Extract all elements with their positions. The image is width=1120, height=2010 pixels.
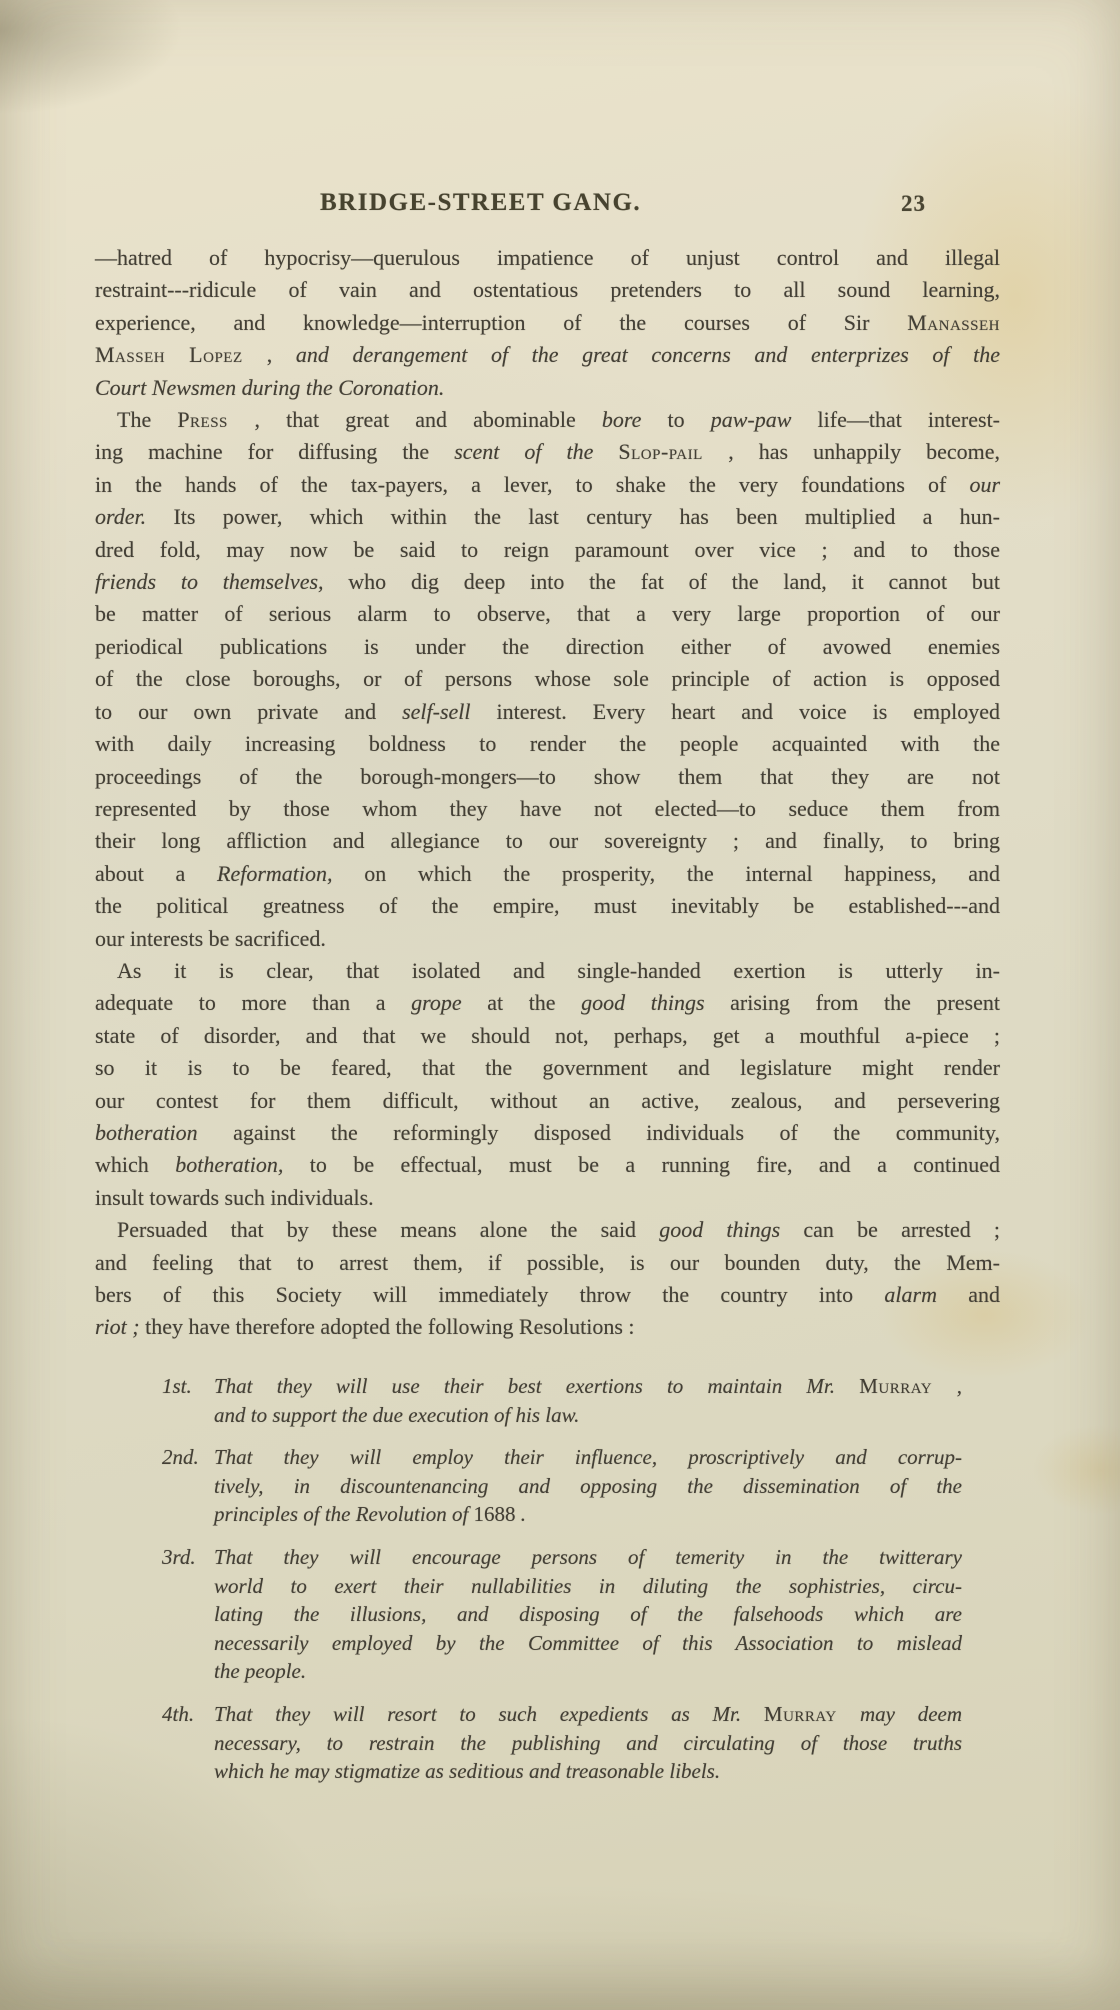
paragraph: The Press , that great and abominable bo… — [95, 404, 1000, 955]
text-line: their long affliction and allegiance to … — [95, 825, 1000, 857]
text-run: of the close boroughs, or of persons who… — [95, 666, 1000, 691]
text-run: , has unhappily become, — [728, 439, 1000, 464]
text-run: interest. Every heart and voice is emplo… — [497, 699, 1000, 724]
paragraph: Persuaded that by these means alone the … — [95, 1214, 1000, 1344]
text-run: That they will use their best exertions … — [214, 1374, 859, 1398]
text-run: Murray — [859, 1374, 957, 1398]
text-line: insult towards such individuals. — [95, 1182, 1000, 1214]
text-run: self-sell — [402, 699, 496, 724]
text-run: which — [95, 1152, 175, 1177]
text-run: Murray — [764, 1702, 860, 1726]
resolutions-list: 1st.That they will use their best exerti… — [162, 1372, 962, 1800]
text-run: principles of the Revolution of — [214, 1502, 474, 1526]
text-line: bers of this Society will immediately th… — [95, 1279, 1000, 1311]
text-run: bore — [602, 407, 668, 432]
resolution-number: 2nd. — [162, 1443, 214, 1472]
text-run: life—that interest- — [818, 407, 1001, 432]
text-run: the people. — [214, 1659, 306, 1683]
resolution-line: principles of the Revolution of 1688 . — [214, 1500, 962, 1529]
text-run: on which the prosperity, the internal ha… — [364, 861, 1000, 886]
body-paragraphs: —hatred of hypocrisy—querulous impatienc… — [95, 242, 1000, 1344]
text-line: Court Newsmen during the Coronation. — [95, 372, 1000, 404]
text-run: which he may stigmatize as seditious and… — [214, 1759, 720, 1783]
resolution-item: 4th.That they will resort to such expedi… — [162, 1700, 962, 1786]
text-line: the political greatness of the empire, m… — [95, 890, 1000, 922]
text-line: of the close boroughs, or of persons who… — [95, 663, 1000, 695]
text-line: and feeling that to arrest them, if poss… — [95, 1247, 1000, 1279]
text-run: bers of this Society will immediately th… — [95, 1282, 884, 1307]
text-line: order. Its power, which within the last … — [95, 501, 1000, 533]
text-run: periodical publications is under the dir… — [95, 634, 1000, 659]
text-line: —hatred of hypocrisy—querulous impatienc… — [95, 242, 1000, 274]
text-line: to our own private and self-sell interes… — [95, 696, 1000, 728]
text-run: , that great and abominable — [255, 407, 602, 432]
text-run: and — [968, 1282, 1000, 1307]
text-run: and derangement of the great concerns an… — [296, 342, 1000, 367]
text-run: the political greatness of the empire, m… — [95, 893, 1000, 918]
text-line: which botheration, to be effectual, must… — [95, 1149, 1000, 1181]
text-run: can be arrested ; — [803, 1217, 1000, 1242]
text-run: order. — [95, 504, 173, 529]
text-run: paw-paw — [711, 407, 818, 432]
text-line: As it is clear, that isolated and single… — [95, 955, 1000, 987]
text-run: scent of the — [454, 439, 618, 464]
text-run: and feeling that to arrest them, if poss… — [95, 1250, 1000, 1275]
text-run: represented by those whom they have not … — [95, 796, 1000, 821]
text-run: insult towards such individuals. — [95, 1185, 374, 1210]
resolution-line: 4th.That they will resort to such expedi… — [162, 1700, 962, 1729]
resolution-line: necessary, to restrain the publishing an… — [214, 1729, 962, 1758]
resolution-line: tively, in discountenancing and opposing… — [214, 1472, 962, 1501]
text-run: adequate to more than a — [95, 990, 411, 1015]
text-run: 1688 — [474, 1502, 521, 1526]
text-run: so it is to be feared, that the governme… — [95, 1055, 1000, 1080]
text-run: experience, and knowledge—interruption o… — [95, 310, 907, 335]
text-run: , — [957, 1374, 962, 1398]
text-run: dred fold, may now be said to reign para… — [95, 537, 1000, 562]
text-line: proceedings of the borough-mongers—to sh… — [95, 761, 1000, 793]
text-run: necessarily employed by the Committee of… — [214, 1631, 962, 1655]
text-line: state of disorder, and that we should no… — [95, 1020, 1000, 1052]
resolution-line: the people. — [214, 1657, 962, 1686]
text-run: our — [969, 472, 1000, 497]
text-run: Press — [177, 407, 254, 432]
text-line: about a Reformation, on which the prospe… — [95, 858, 1000, 890]
resolution-line: 2nd.That they will employ their influenc… — [162, 1443, 962, 1472]
text-run: That they will encourage persons of teme… — [214, 1545, 962, 1569]
text-run: who dig deep into the fat of the land, i… — [348, 569, 1000, 594]
text-line: be matter of serious alarm to observe, t… — [95, 598, 1000, 630]
text-run: Court Newsmen during the Coronation. — [95, 375, 444, 400]
resolution-item: 2nd.That they will employ their influenc… — [162, 1443, 962, 1529]
page-title: BRIDGE-STREET GANG. — [320, 189, 641, 217]
resolution-number: 4th. — [162, 1700, 214, 1729]
text-run: good things — [581, 990, 730, 1015]
text-line: The Press , that great and abominable bo… — [95, 404, 1000, 436]
text-run: our interests be sacrificed. — [95, 926, 326, 951]
text-run: they have therefore adopted the followin… — [145, 1314, 634, 1339]
resolution-number: 1st. — [162, 1372, 214, 1401]
text-line: botheration against the reformingly disp… — [95, 1117, 1000, 1149]
text-run: to — [668, 407, 711, 432]
text-run: friends to themselves, — [95, 569, 348, 594]
text-run: Slop-pail — [618, 439, 728, 464]
text-run: Persuaded that by these means alone the … — [117, 1217, 659, 1242]
text-run: Its power, which within the last century… — [173, 504, 1000, 529]
text-line: with daily increasing boldness to render… — [95, 728, 1000, 760]
resolution-line: which he may stigmatize as seditious and… — [214, 1757, 962, 1786]
text-run: state of disorder, and that we should no… — [95, 1023, 1000, 1048]
text-run: That they will employ their influence, p… — [214, 1445, 962, 1469]
text-run: be matter of serious alarm to observe, t… — [95, 601, 1000, 626]
text-run: . — [521, 1502, 526, 1526]
text-run: good things — [659, 1217, 803, 1242]
text-run: and to support the due execution of his … — [214, 1403, 579, 1427]
text-run: , — [267, 342, 296, 367]
resolution-item: 3rd.That they will encourage persons of … — [162, 1543, 962, 1686]
page-number: 23 — [901, 191, 926, 217]
text-line: our interests be sacrificed. — [95, 923, 1000, 955]
text-run: world to exert their nullabilities in di… — [214, 1574, 962, 1598]
text-run: ing machine for diffusing the — [95, 439, 454, 464]
text-line: riot ; they have therefore adopted the f… — [95, 1311, 1000, 1343]
text-run: against the reformingly disposed individ… — [233, 1120, 1000, 1145]
text-run: our contest for them difficult, without … — [95, 1088, 1000, 1113]
text-line: in the hands of the tax-payers, a lever,… — [95, 469, 1000, 501]
text-run: their long affliction and allegiance to … — [95, 828, 1000, 853]
text-run: alarm — [884, 1282, 968, 1307]
text-run: That they will resort to such expedients… — [214, 1702, 764, 1726]
resolution-line: necessarily employed by the Committee of… — [214, 1629, 962, 1658]
text-run: proceedings of the borough-mongers—to sh… — [95, 764, 1000, 789]
text-run: to be effectual, must be a running fire,… — [310, 1152, 1000, 1177]
text-run: The — [117, 407, 177, 432]
resolution-line: and to support the due execution of his … — [214, 1401, 962, 1430]
text-run: As it is clear, that isolated and single… — [117, 958, 1000, 983]
resolution-line: lating the illusions, and disposing of t… — [214, 1600, 962, 1629]
text-run: necessary, to restrain the publishing an… — [214, 1731, 962, 1755]
text-run: arising from the present — [730, 990, 1000, 1015]
text-run: Reformation, — [217, 861, 364, 886]
text-run: botheration — [95, 1120, 233, 1145]
text-run: —hatred of hypocrisy—querulous impatienc… — [95, 245, 1000, 270]
text-line: restraint---ridicule of vain and ostenta… — [95, 274, 1000, 306]
text-line: so it is to be feared, that the governme… — [95, 1052, 1000, 1084]
text-run: Manasseh — [907, 310, 1000, 335]
text-line: represented by those whom they have not … — [95, 793, 1000, 825]
text-run: to our own private and — [95, 699, 402, 724]
text-run: riot ; — [95, 1314, 145, 1339]
scanned-book-page: BRIDGE-STREET GANG. 23 —hatred of hypocr… — [0, 0, 1120, 2010]
text-run: at the — [487, 990, 581, 1015]
paragraph: —hatred of hypocrisy—querulous impatienc… — [95, 242, 1000, 404]
text-run: grope — [411, 990, 487, 1015]
text-run: Masseh Lopez — [95, 342, 267, 367]
text-run: restraint---ridicule of vain and ostenta… — [95, 277, 1000, 302]
resolution-number: 3rd. — [162, 1543, 214, 1572]
text-run: may deem — [860, 1702, 962, 1726]
paragraph: As it is clear, that isolated and single… — [95, 955, 1000, 1214]
text-line: Masseh Lopez , and derangement of the gr… — [95, 339, 1000, 371]
text-line: dred fold, may now be said to reign para… — [95, 534, 1000, 566]
resolution-item: 1st.That they will use their best exerti… — [162, 1372, 962, 1429]
text-run: botheration, — [175, 1152, 310, 1177]
text-line: our contest for them difficult, without … — [95, 1085, 1000, 1117]
text-run: with daily increasing boldness to render… — [95, 731, 1000, 756]
text-line: ing machine for diffusing the scent of t… — [95, 436, 1000, 468]
resolution-line: 1st.That they will use their best exerti… — [162, 1372, 962, 1401]
text-line: adequate to more than a grope at the goo… — [95, 987, 1000, 1019]
text-line: experience, and knowledge—interruption o… — [95, 307, 1000, 339]
text-line: Persuaded that by these means alone the … — [95, 1214, 1000, 1246]
resolution-line: world to exert their nullabilities in di… — [214, 1572, 962, 1601]
text-run: tively, in discountenancing and opposing… — [214, 1474, 962, 1498]
text-run: lating the illusions, and disposing of t… — [214, 1602, 962, 1626]
text-run: about a — [95, 861, 217, 886]
text-line: friends to themselves, who dig deep into… — [95, 566, 1000, 598]
resolution-line: 3rd.That they will encourage persons of … — [162, 1543, 962, 1572]
text-line: periodical publications is under the dir… — [95, 631, 1000, 663]
text-run: in the hands of the tax-payers, a lever,… — [95, 472, 969, 497]
